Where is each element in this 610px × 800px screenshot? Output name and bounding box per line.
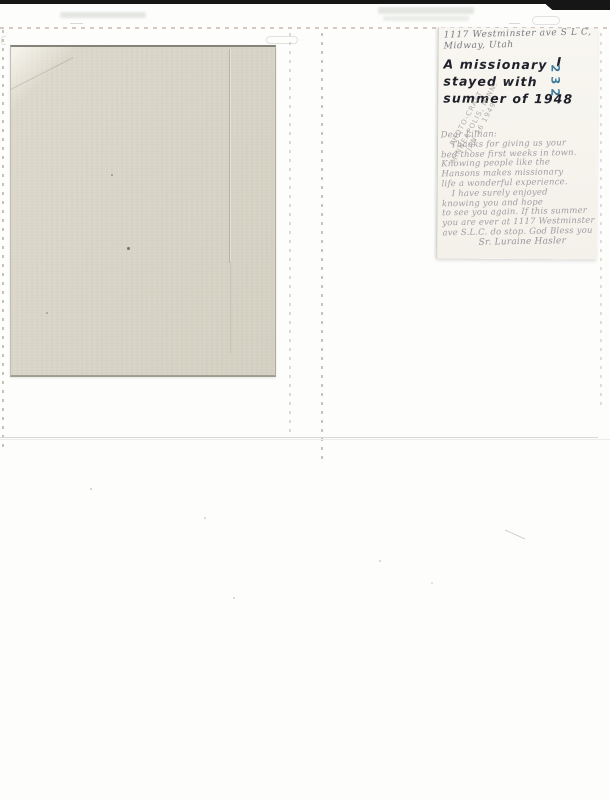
photo-crease [229,49,230,263]
page-speck [204,517,206,519]
photo-fold-mark [11,47,97,109]
sleeve-slot-mark [532,16,560,25]
ghost-print-smudge [383,16,469,21]
scratch-mark [505,530,526,540]
sleeve-stitch-mid-left [289,33,291,437]
caption-line-1: A missionaryI [443,55,593,73]
page-speck [90,488,92,490]
page-speck [431,582,433,584]
pencil-dash-mark [70,23,83,24]
photo-crease-faint [230,261,231,353]
sleeve-slot-mark [1,36,6,45]
side-number: 232 [548,61,562,103]
caption-line-2: stayed with [443,72,593,90]
sleeve-stitch-left [2,30,4,448]
pencil-dash-mark [509,23,520,24]
sleeve-slot-mark [266,36,298,44]
photo-speck [127,247,130,250]
ink-caption: A missionaryI stayed with summer of 1948 [443,55,593,107]
address-line-1: 1117 Westminster ave S L C, [444,27,592,40]
scanned-album-page: 1117 Westminster ave S L C, Midway, Utah… [0,0,610,800]
sleeve-bottom-edge [0,437,598,438]
ghost-print-smudge [378,7,474,14]
sleeve-bottom-edge-faint [0,439,610,440]
scanner-edge-bar [0,0,610,4]
caption-line-3: summer of 1948 [443,89,593,107]
photo-speck [46,312,48,314]
handwritten-letter: Dear Lillian: Thanks for giving us your … [441,129,597,249]
photo-back [10,45,276,377]
sleeve-stitch-mid-right [321,33,323,463]
address-line-2: Midway, Utah [444,40,514,51]
page-speck [379,560,381,562]
postcard: 1117 Westminster ave S L C, Midway, Utah… [436,27,598,259]
photo-speck [111,174,113,176]
scanner-edge-corner [546,0,610,10]
sleeve-stitch-right [600,33,602,409]
page-speck [233,597,235,599]
ghost-print-smudge [60,12,146,18]
